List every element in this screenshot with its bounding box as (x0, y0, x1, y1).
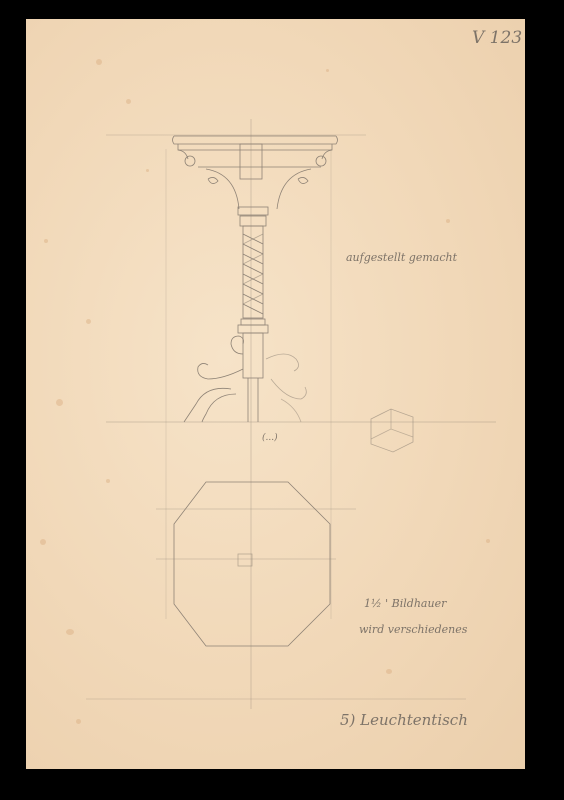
center-label: (...) (262, 433, 278, 443)
right-note-line2: wird verschiedenes (359, 623, 467, 636)
bottom-title: 5) Leuchtentisch (340, 711, 468, 729)
technical-drawing (26, 19, 525, 769)
paper-sheet: V 123 aufgestellt gemacht (...) 1½ ' Bil… (26, 19, 525, 769)
side-note: aufgestellt gemacht (346, 251, 457, 264)
catalog-number: V 123 (472, 28, 522, 48)
right-note-line1: 1½ ' Bildhauer (364, 597, 446, 610)
